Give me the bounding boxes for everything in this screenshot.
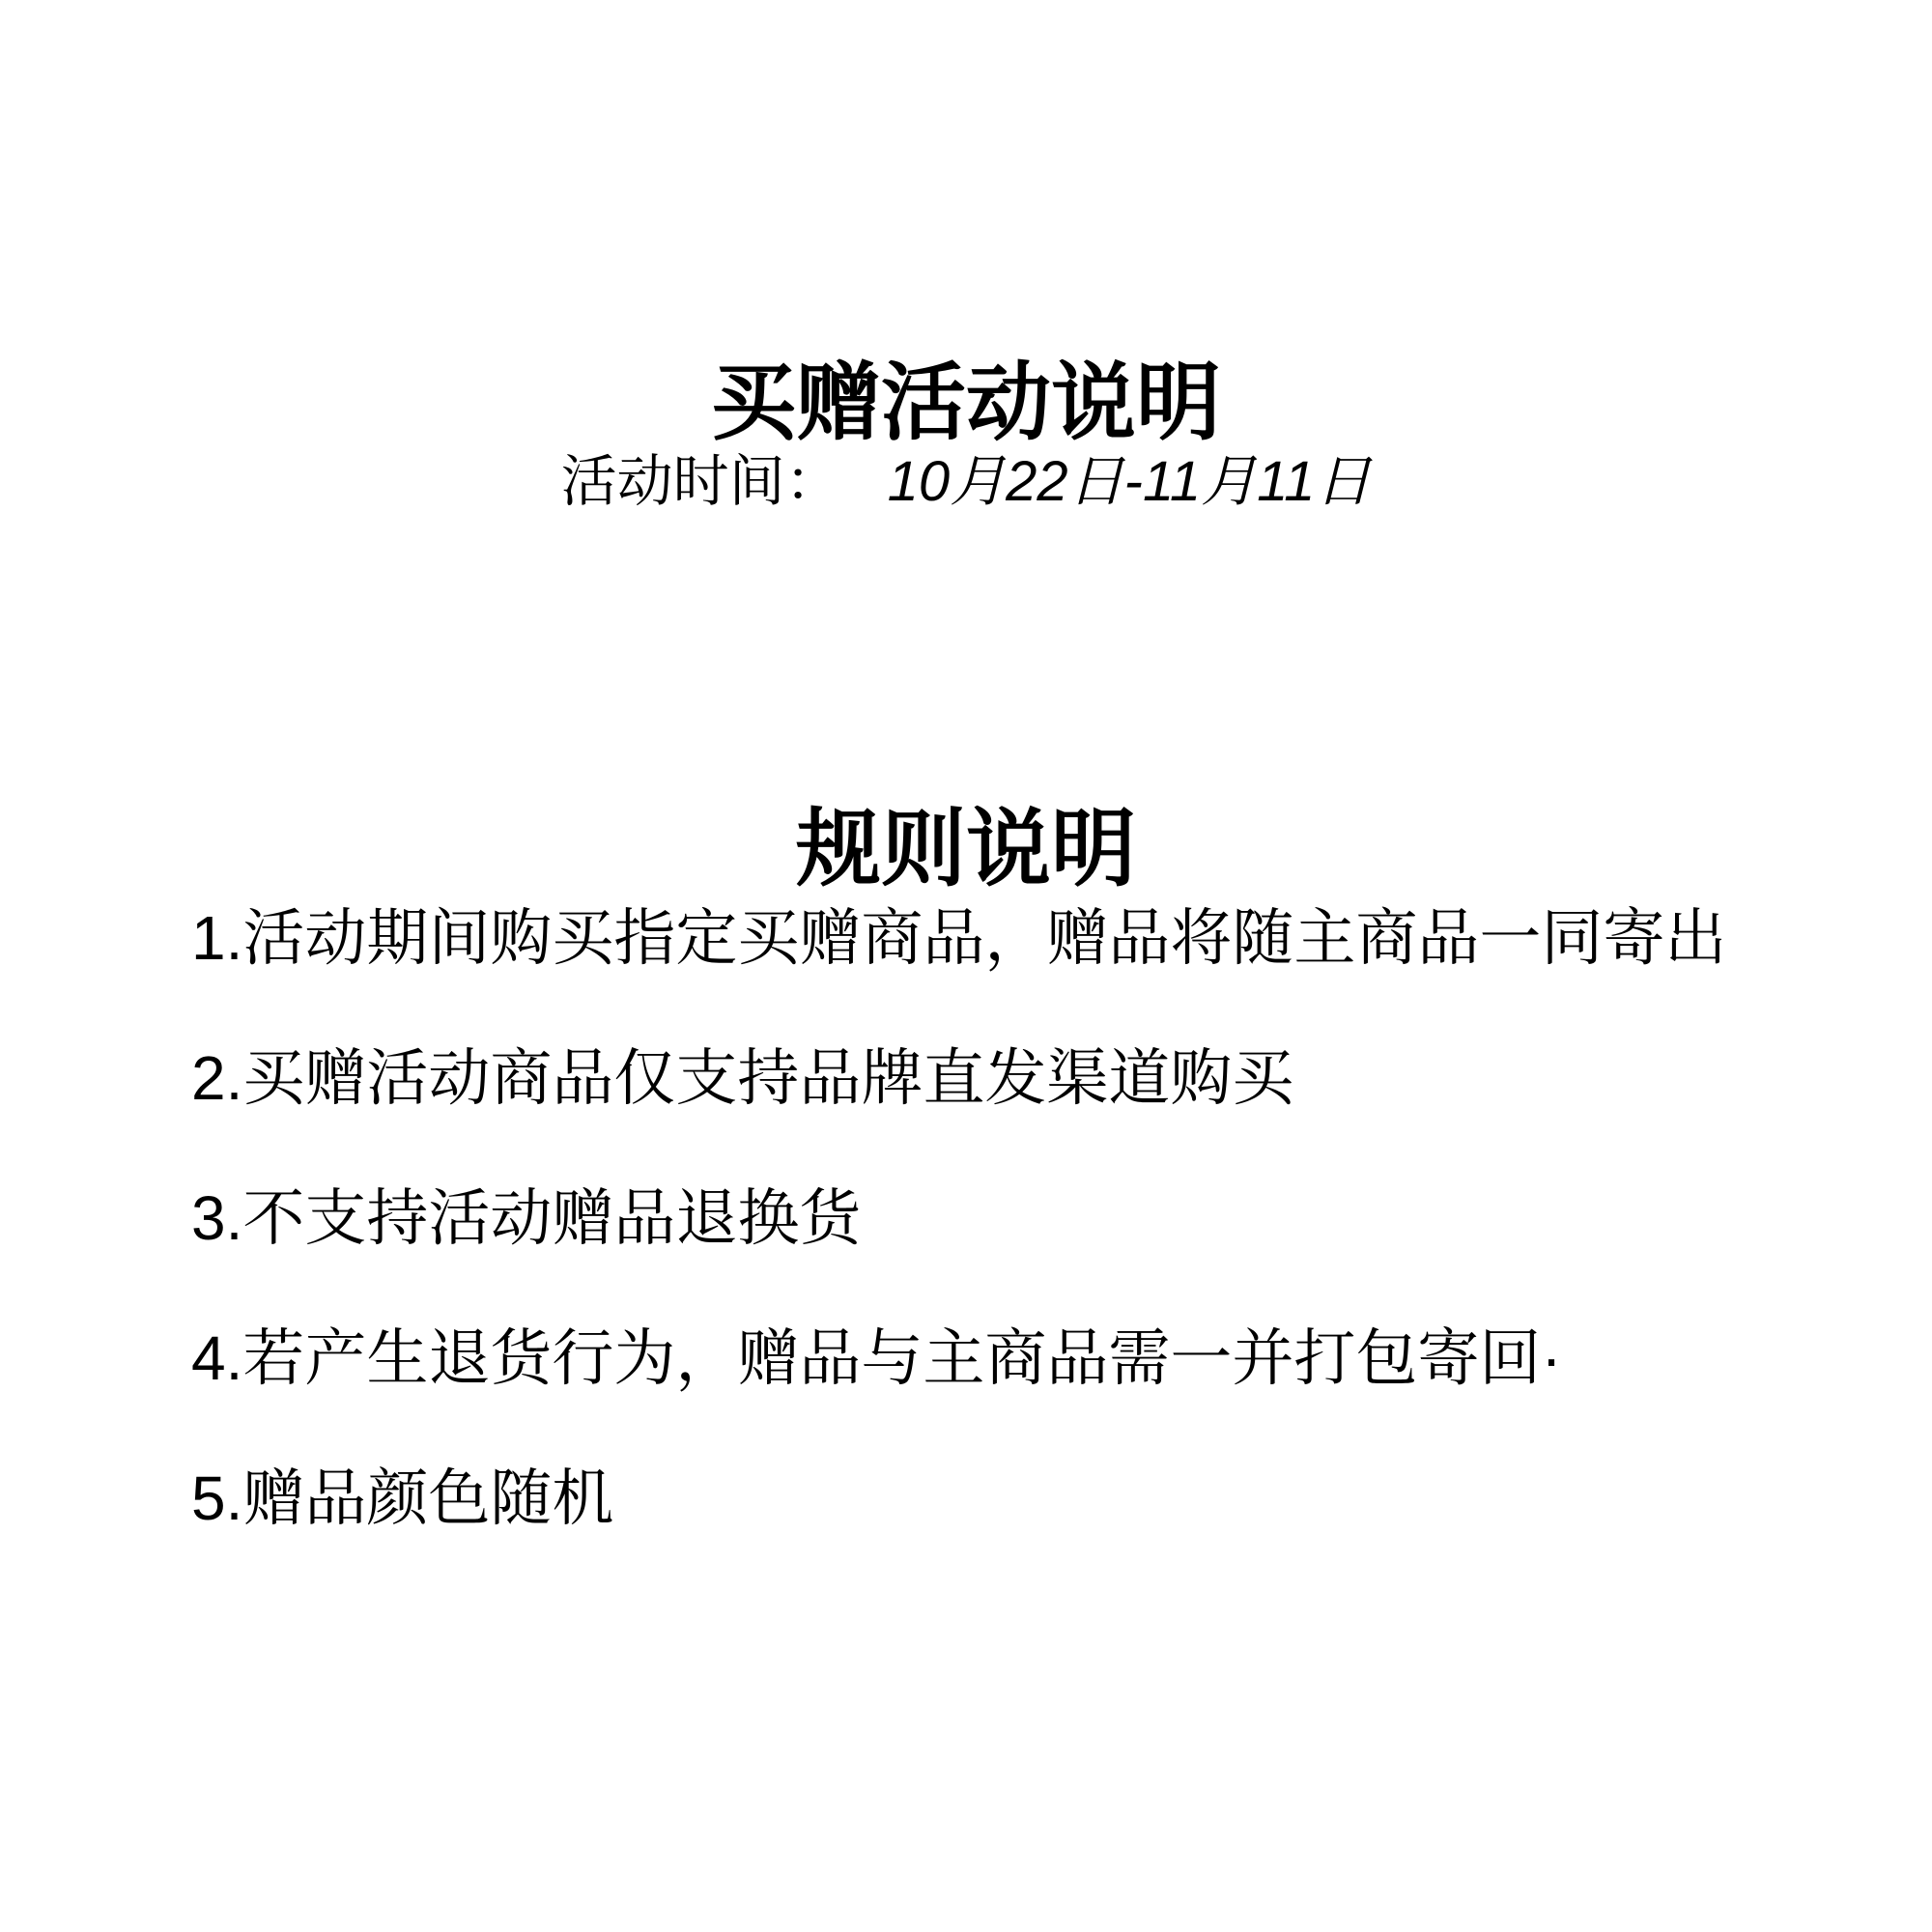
rule-item-3: 3.不支持活动赠品退换货 xyxy=(191,1187,1816,1249)
rule-item-5: 5.赠品颜色随机 xyxy=(191,1467,1816,1529)
activity-time-label: 活动时间： xyxy=(561,450,841,513)
page-title: 买赠活动说明 xyxy=(0,360,1932,445)
activity-time-value: 10月22日-11月11日 xyxy=(888,450,1372,513)
rules-heading: 规则说明 xyxy=(0,807,1932,892)
rule-item-2: 2.买赠活动商品仅支持品牌直发渠道购买 xyxy=(191,1047,1816,1109)
activity-time-line: 活动时间：10月22日-11月11日 xyxy=(0,451,1932,513)
rules-list: 1.活动期间购买指定买赠商品，赠品将随主商品一同寄出 2.买赠活动商品仅支持品牌… xyxy=(191,907,1816,1607)
rule-item-1: 1.活动期间购买指定买赠商品，赠品将随主商品一同寄出 xyxy=(191,907,1816,969)
rule-item-4: 4.若产生退货行为，赠品与主商品需一并打包寄回· xyxy=(191,1327,1816,1389)
promo-notice-page: 买赠活动说明 活动时间：10月22日-11月11日 规则说明 1.活动期间购买指… xyxy=(0,0,1932,1932)
